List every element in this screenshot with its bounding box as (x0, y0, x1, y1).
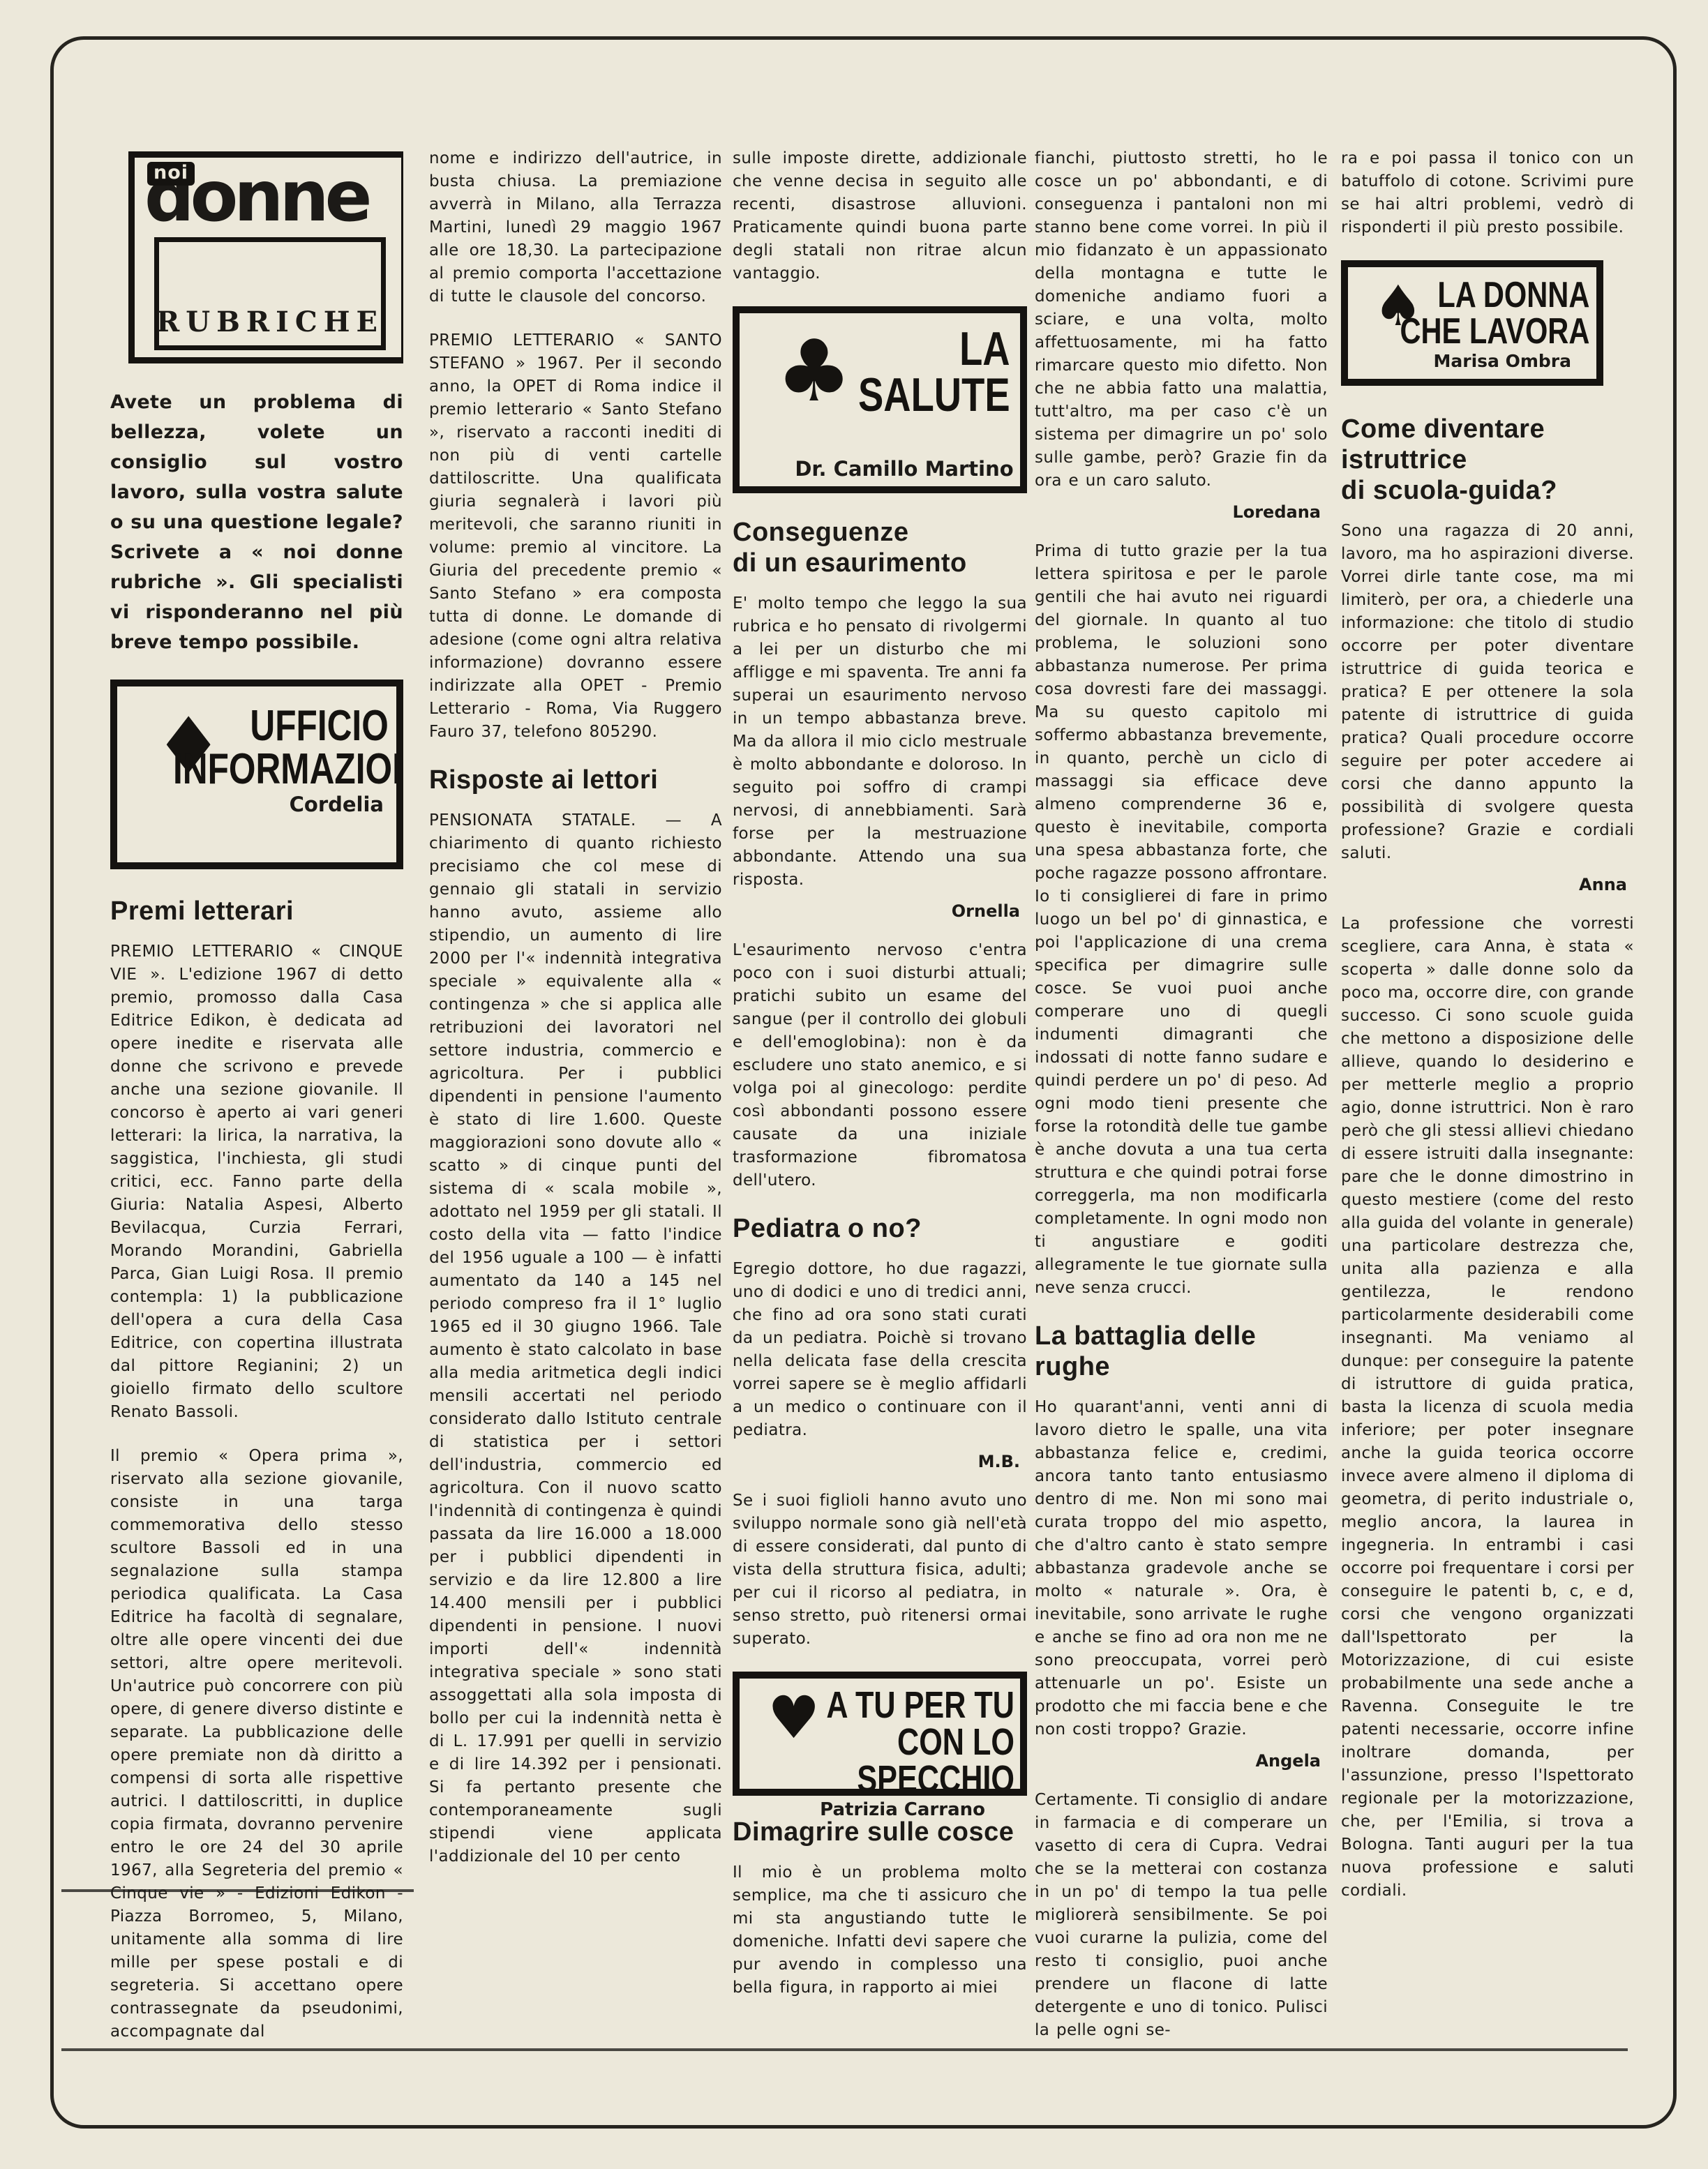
rubric-title-line2: CHE LAVORA (1398, 313, 1589, 350)
rubric-title-line2: SALUTE (795, 372, 1010, 418)
la-salute-box: ♣ LA SALUTE Dr. Camillo Martino (733, 306, 1027, 493)
rubric-title-line1: LA DONNA (1398, 277, 1589, 313)
paragraph: PREMIO LETTERARIO « CINQUE VIE ». L'ediz… (110, 940, 403, 1424)
paragraph: sulle imposte dirette, addizionale che v… (733, 147, 1027, 285)
reader-letter: Ho quarant'anni, venti anni di lavoro di… (1035, 1396, 1328, 1741)
letter-signature: Angela (1035, 1751, 1328, 1771)
expert-reply: L'esaurimento nervoso c'entra poco con i… (733, 939, 1027, 1192)
paragraph: Il premio « Opera prima », riservato all… (110, 1445, 403, 2043)
column-5: ra e poi passa il tonico con un batuffol… (1341, 143, 1634, 2058)
reader-letter: fianchi, piuttosto stretti, ho le cosce … (1035, 147, 1328, 493)
ufficio-informazioni-box: ♦ UFFICIO INFORMAZIONI Cordelia (110, 680, 403, 869)
rubric-title-line1: LA (795, 326, 1010, 372)
letter-signature: M.B. (733, 1452, 1027, 1471)
paragraph: PREMIO LETTERARIO « SANTO STEFANO » 1967… (429, 329, 722, 744)
rubric-byline: Cordelia (117, 793, 396, 816)
section-title: RUBRICHE (156, 306, 384, 338)
heading-premi-letterari: Premi letterari (110, 896, 403, 926)
paragraph: PENSIONATA STATALE. — A chiarimento di q… (429, 809, 722, 1868)
la-donna-che-lavora-box: ♠ LA DONNA CHE LAVORA Marisa Ombra (1341, 260, 1603, 386)
rubric-byline: Dr. Camillo Martino (740, 457, 1020, 481)
heading-dimagrire-sulle-cosce: Dimagrire sulle cosce (733, 1817, 1027, 1847)
editorial-intro: Avete un problema di bellezza, volete un… (110, 387, 403, 657)
brand-noi-label: noi (147, 162, 195, 186)
rubric-byline: Marisa Ombra (1348, 351, 1596, 371)
letter-signature: Loredana (1035, 502, 1328, 522)
rubric-title: LA DONNA CHE LAVORA (1398, 277, 1596, 350)
expert-reply: ra e poi passa il tonico con un batuffol… (1341, 147, 1634, 239)
brand-logo: noi donne (143, 165, 393, 234)
heading-battaglia-delle-rughe: La battaglia delle rughe (1035, 1321, 1328, 1382)
heading-istruttrice-scuola-guida: Come diventare istruttrice di scuola-gui… (1341, 414, 1592, 506)
letter-signature: Ornella (733, 901, 1027, 921)
expert-reply: Se i suoi figlioli hanno avuto uno svilu… (733, 1489, 1027, 1651)
heading-risposte-ai-lettori: Risposte ai lettori (429, 765, 722, 795)
magazine-page: { "masthead": { "brand_small": "noi", "b… (0, 0, 1708, 2169)
column-3: sulle imposte dirette, addizionale che v… (733, 143, 1027, 2058)
rubric-byline: Patrizia Carrano (740, 1799, 1020, 1820)
rubric-title-line2: INFORMAZIONI (173, 748, 389, 791)
reader-letter: E' molto tempo che leggo la sua rubrica … (733, 592, 1027, 892)
rubriche-box: RUBRICHE (154, 237, 386, 350)
reader-letter: Il mio è un problema molto semplice, ma … (733, 1861, 1027, 1999)
reader-letter: Egregio dottore, ho due ragazzi, uno di … (733, 1258, 1027, 1442)
rubric-title-line1: A TU PER TU (795, 1687, 1014, 1724)
heading-pediatra-o-no: Pediatra o no? (733, 1213, 1027, 1244)
rubric-title-line2: CON LO SPECCHIO (795, 1724, 1014, 1798)
reader-letter: Sono una ragazza di 20 anni, lavoro, ma … (1341, 520, 1634, 865)
column-4: fianchi, piuttosto stretti, ho le cosce … (1035, 143, 1328, 2058)
expert-reply: Certamente. Ti consiglio di andare in fa… (1035, 1789, 1328, 2042)
rubric-title: LA SALUTE (795, 326, 1020, 418)
rubric-title-line1: UFFICIO (173, 705, 389, 748)
heading-conseguenze-esaurimento: Conseguenze di un esaurimento (733, 517, 1027, 578)
a-tu-per-tu-box: ♥ A TU PER TU CON LO SPECCHIO Patrizia C… (733, 1672, 1027, 1796)
rubric-title: A TU PER TU CON LO SPECCHIO (795, 1687, 1020, 1798)
column-1: noi donne RUBRICHE Avete un problema di … (110, 143, 403, 2058)
expert-reply: Prima di tutto grazie per la tua lettera… (1035, 540, 1328, 1300)
rubric-title: UFFICIO INFORMAZIONI (173, 705, 396, 791)
column-2: nome e indirizzo dell'autrice, in busta … (429, 143, 722, 2058)
masthead-box: noi donne RUBRICHE (128, 151, 403, 363)
letter-signature: Anna (1341, 875, 1634, 894)
paragraph: nome e indirizzo dell'autrice, in busta … (429, 147, 722, 308)
expert-reply: La professione che vorresti scegliere, c… (1341, 913, 1634, 1902)
